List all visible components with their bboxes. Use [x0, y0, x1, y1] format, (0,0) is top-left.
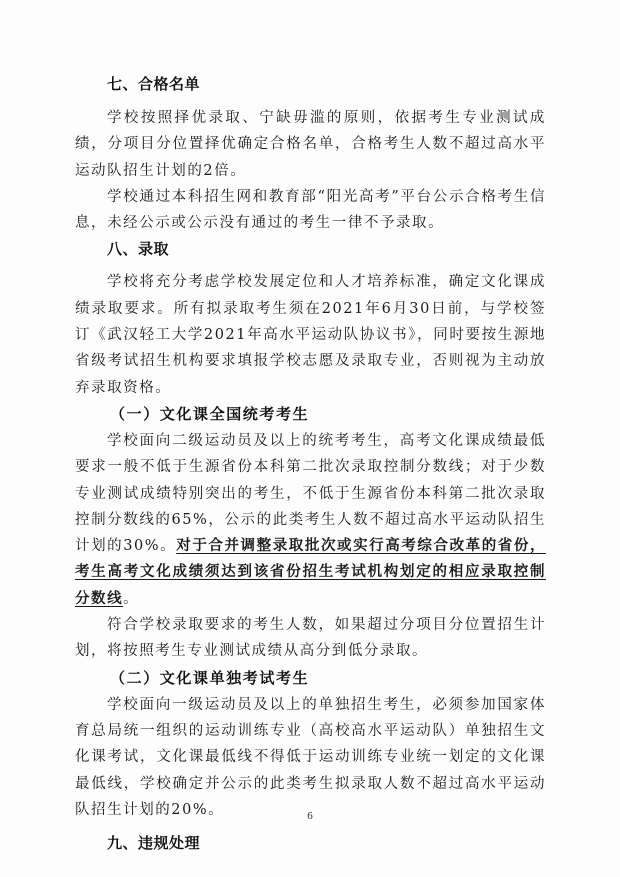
paragraph: 学校面向一级运动员及以上的单独招生考生，必须参加国家体育总局统一组织的运动训练专…: [75, 692, 546, 823]
page-number: 6: [0, 810, 620, 822]
section-heading-admission: 八、录取: [75, 236, 546, 263]
section-heading-violations: 九、违规处理: [75, 830, 546, 857]
paragraph-national-exam: 学校面向二级运动员及以上的统考考生，高考文化课成绩最低要求一般不低于生源省份本科…: [75, 428, 546, 612]
paragraph: 学校通过本科招生网和教育部“阳光高考”平台公示合格考生信息，未经公示或公示没有通…: [75, 184, 546, 237]
paragraph-end: 。: [123, 591, 139, 607]
paragraph: 学校按照择优录取、宁缺毋滥的原则，依据考生专业测试成绩，分项目分位置择优确定合格…: [75, 105, 546, 184]
paragraph-text: 学校面向二级运动员及以上的统考考生，高考文化课成绩最低要求一般不低于生源省份本科…: [75, 433, 546, 554]
subsection-heading-national-exam: （一）文化课全国统考考生: [75, 401, 546, 428]
paragraph: 学校将充分考虑学校发展定位和人才培养标准，确定文化课成绩录取要求。所有拟录取考生…: [75, 269, 546, 400]
section-heading-qualified-list: 七、合格名单: [75, 71, 546, 98]
page-content: 七、合格名单 学校按照择优录取、宁缺毋滥的原则，依据考生专业测试成绩，分项目分位…: [75, 71, 546, 857]
subsection-heading-single-exam: （二）文化课单独考试考生: [75, 665, 546, 692]
document-page: 七、合格名单 学校按照择优录取、宁缺毋滥的原则，依据考生专业测试成绩，分项目分位…: [0, 0, 620, 877]
paragraph: 符合学校录取要求的考生人数，如果超过分项目分位置招生计划，将按照考生专业测试成绩…: [75, 612, 546, 665]
